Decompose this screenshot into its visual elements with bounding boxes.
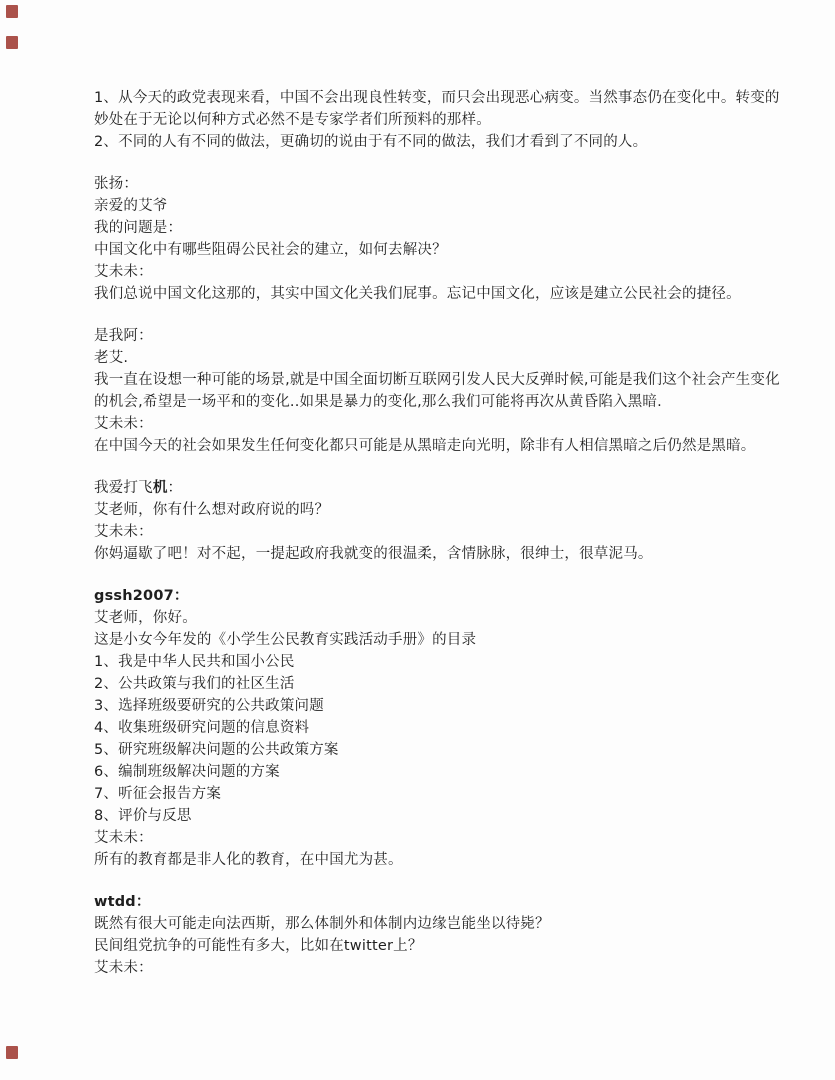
question-line: 中国文化中有哪些阻碍公民社会的建立，如何去解决？ — [94, 239, 784, 261]
question-line: 这是小女今年发的《小学生公民教育实践活动手册》的目录 — [94, 629, 784, 651]
intro-section: 1、从今天的政党表现来看，中国不会出现良性转变，而只会出现恶心病变。当然事态仍在… — [94, 87, 784, 153]
question-line: 的机会,希望是一场平和的变化..如果是暴力的变化,那么我们可能将再次从黄昏陷入黑… — [94, 391, 784, 413]
answer-line: 你妈逼歇了吧！对不起，一提起政府我就变的很温柔，含情脉脉，很绅士，很草泥马。 — [94, 543, 784, 565]
speaker-label: 艾未未： — [94, 413, 784, 435]
text-line: 妙处在于无论以何种方式必然不是专家学者们所预料的那样。 — [94, 109, 784, 131]
answer-line: 我们总说中国文化这那的，其实中国文化关我们屁事。忘记中国文化，应该是建立公民社会… — [94, 283, 784, 305]
commenter-name: wtdd： — [94, 891, 784, 913]
qa-section-shiwoa: 是我阿： 老艾. 我一直在设想一种可能的场景,就是中国全面切断互联网引发人民大反… — [94, 325, 784, 457]
speaker-label: 艾未未： — [94, 957, 784, 979]
commenter-name-bold-char: 机 — [153, 480, 168, 496]
answer-line: 在中国今天的社会如果发生任何变化都只可能是从黑暗走向光明，除非有人相信黑暗之后仍… — [94, 435, 784, 457]
commenter-name-colon: ： — [168, 480, 183, 496]
qa-section-woaidafeiji: 我爱打飞机： 艾老师，你有什么想对政府说的吗？ 艾未未： 你妈逼歇了吧！对不起，… — [94, 477, 784, 565]
answer-line: 所有的教育都是非人化的教育，在中国尤为甚。 — [94, 849, 784, 871]
question-line: 我一直在设想一种可能的场景,就是中国全面切断互联网引发人民大反弹时候,可能是我们… — [94, 369, 784, 391]
commenter-name: 是我阿： — [94, 325, 784, 347]
list-item: 6、编制班级解决问题的方案 — [94, 761, 784, 783]
speaker-label: 艾未未： — [94, 261, 784, 283]
document-content: 1、从今天的政党表现来看，中国不会出现良性转变，而只会出现恶心病变。当然事态仍在… — [94, 87, 784, 999]
question-line: 艾老师，你有什么想对政府说的吗？ — [94, 499, 784, 521]
red-stamp-mark — [6, 1046, 18, 1059]
speaker-label: 艾未未： — [94, 521, 784, 543]
qa-section-zhangyang: 张扬： 亲爱的艾爷 我的问题是： 中国文化中有哪些阻碍公民社会的建立，如何去解决… — [94, 173, 784, 305]
text-line: 1、从今天的政党表现来看，中国不会出现良性转变，而只会出现恶心病变。当然事态仍在… — [94, 87, 784, 109]
list-item: 7、听征会报告方案 — [94, 783, 784, 805]
question-line: 艾老师，你好。 — [94, 607, 784, 629]
red-stamp-mark — [6, 5, 18, 18]
qa-section-wtdd: wtdd： 既然有很大可能走向法西斯，那么体制外和体制内边缘岂能坐以待毙？ 民间… — [94, 891, 784, 979]
qa-section-gssh2007: gssh2007： 艾老师，你好。 这是小女今年发的《小学生公民教育实践活动手册… — [94, 585, 784, 871]
commenter-name: 我爱打飞机： — [94, 477, 784, 499]
commenter-name: 张扬： — [94, 173, 784, 195]
list-item: 1、我是中华人民共和国小公民 — [94, 651, 784, 673]
text-line: 2、不同的人有不同的做法，更确切的说由于有不同的做法，我们才看到了不同的人。 — [94, 131, 784, 153]
speaker-label: 艾未未： — [94, 827, 784, 849]
list-item: 5、研究班级解决问题的公共政策方案 — [94, 739, 784, 761]
question-line: 我的问题是： — [94, 217, 784, 239]
question-line: 亲爱的艾爷 — [94, 195, 784, 217]
commenter-name: gssh2007： — [94, 585, 784, 607]
question-line: 民间组党抗争的可能性有多大，比如在twitter上？ — [94, 935, 784, 957]
list-item: 4、收集班级研究问题的信息资料 — [94, 717, 784, 739]
document-page: 1、从今天的政党表现来看，中国不会出现良性转变，而只会出现恶心病变。当然事态仍在… — [0, 0, 835, 1080]
list-item: 8、评价与反思 — [94, 805, 784, 827]
list-item: 2、公共政策与我们的社区生活 — [94, 673, 784, 695]
question-line: 老艾. — [94, 347, 784, 369]
question-line: 既然有很大可能走向法西斯，那么体制外和体制内边缘岂能坐以待毙？ — [94, 913, 784, 935]
commenter-name-prefix: 我爱打飞 — [94, 480, 153, 496]
red-stamp-mark — [6, 36, 18, 49]
list-item: 3、选择班级要研究的公共政策问题 — [94, 695, 784, 717]
